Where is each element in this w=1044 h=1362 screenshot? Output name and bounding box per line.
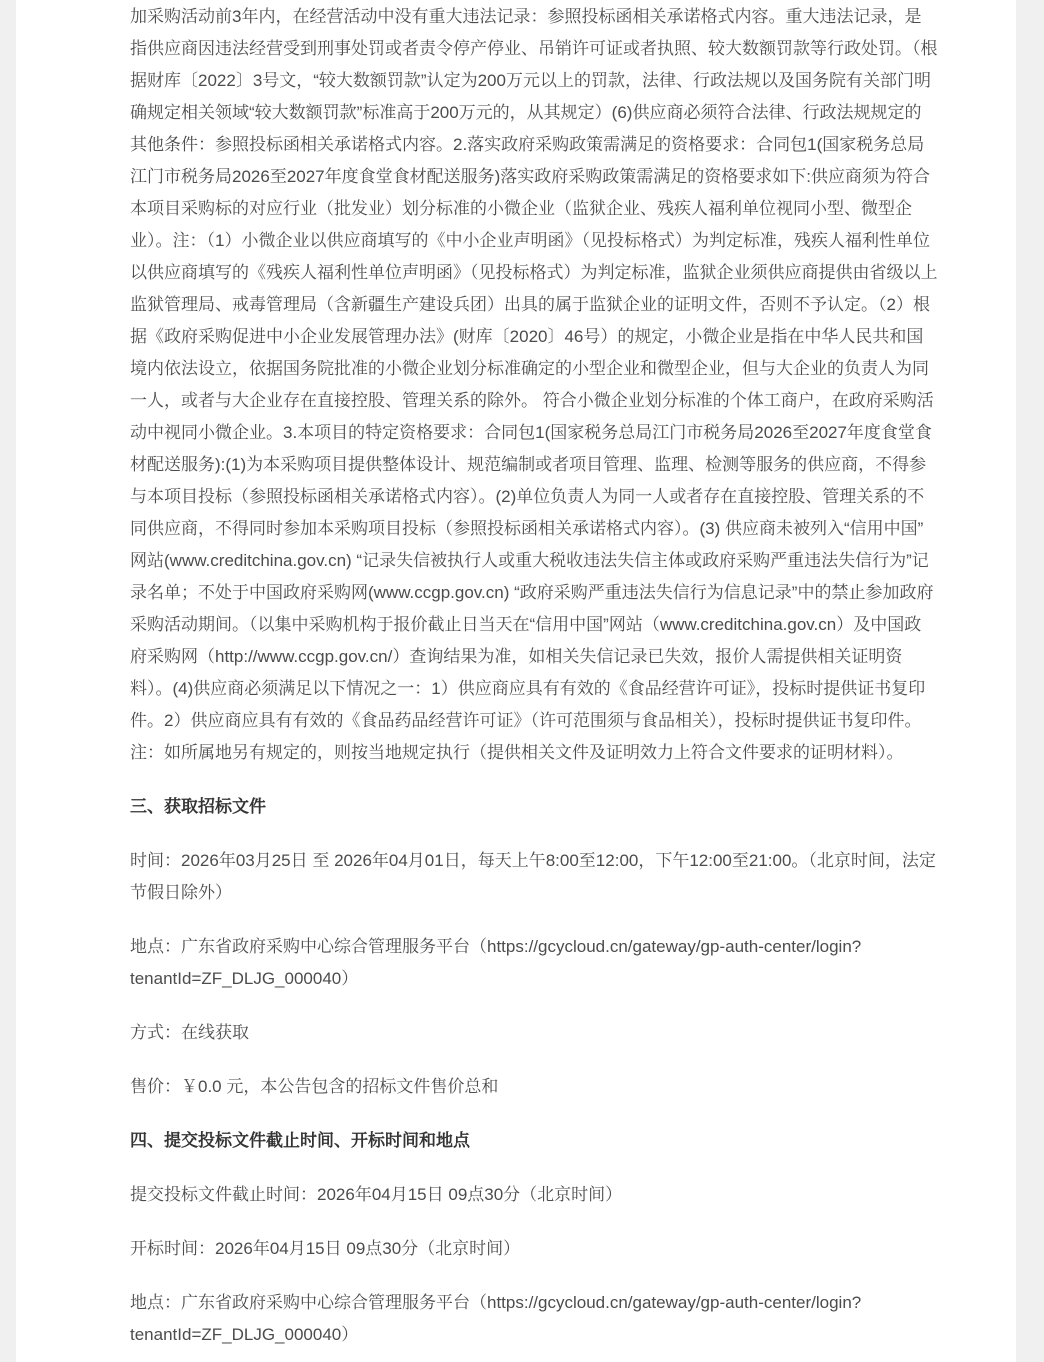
page-background: { "page": { "background_color": "#f0f0f1… bbox=[0, 0, 1044, 1362]
announcement-content: 加采购活动前3年内，在经营活动中没有重大违法记录：参照投标函相关承诺格式内容。重… bbox=[130, 0, 938, 1351]
section-heading-submission-deadline-and-opening: 四、提交投标文件截止时间、开标时间和地点 bbox=[130, 1125, 938, 1157]
submission-deadline-paragraph: 提交投标文件截止时间：2026年04月15日 09点30分（北京时间） bbox=[130, 1179, 938, 1211]
document-price-paragraph: 售价：￥0.0 元，本公告包含的招标文件售价总和 bbox=[130, 1071, 938, 1103]
obtain-time-paragraph: 时间：2026年03月25日 至 2026年04月01日，每天上午8:00至12… bbox=[130, 845, 938, 909]
bid-opening-time-paragraph: 开标时间：2026年04月15日 09点30分（北京时间） bbox=[130, 1233, 938, 1265]
obtain-method-paragraph: 方式：在线获取 bbox=[130, 1017, 938, 1049]
announcement-document-card: 加采购活动前3年内，在经营活动中没有重大违法记录：参照投标函相关承诺格式内容。重… bbox=[16, 0, 1016, 1362]
bid-opening-location-paragraph: 地点：广东省政府采购中心综合管理服务平台（https://gcycloud.cn… bbox=[130, 1287, 938, 1351]
obtain-location-paragraph: 地点：广东省政府采购中心综合管理服务平台（https://gcycloud.cn… bbox=[130, 931, 938, 995]
qualification-requirements-paragraph: 加采购活动前3年内，在经营活动中没有重大违法记录：参照投标函相关承诺格式内容。重… bbox=[130, 1, 938, 769]
section-heading-obtain-bidding-documents: 三、获取招标文件 bbox=[130, 791, 938, 823]
